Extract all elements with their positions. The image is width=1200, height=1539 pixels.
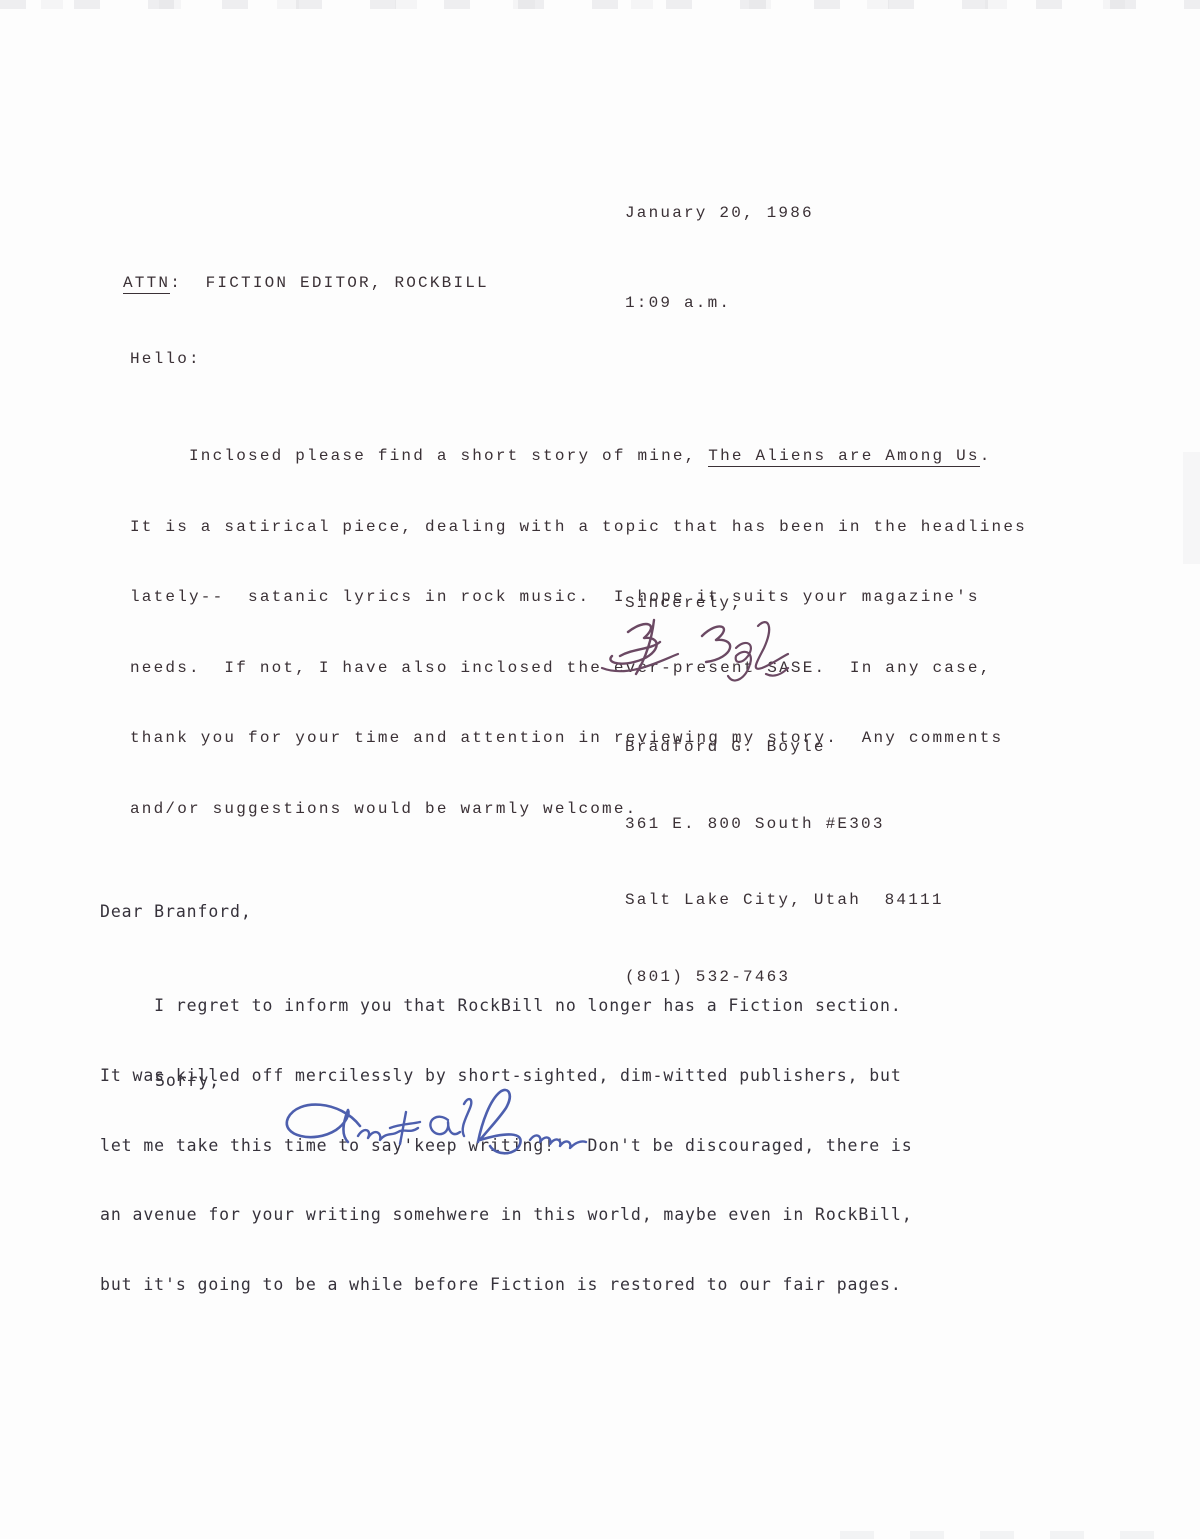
sender-city: Salt Lake City, Utah 84111	[625, 888, 944, 914]
reply-closing-sorry: Sorry,	[155, 1069, 220, 1092]
sender-name: Bradford G. Boyle	[625, 735, 944, 761]
time-line: 1:09 a.m.	[625, 288, 814, 318]
reply-line: but it's going to be a while before Fict…	[100, 1273, 913, 1296]
attn-label: ATTN	[123, 274, 170, 294]
attn-line: ATTN: FICTION EDITOR, ROCKBILL	[123, 272, 489, 296]
scan-edge-artifact-top	[0, 0, 1200, 9]
attn-value: : FICTION EDITOR, ROCKBILL	[170, 274, 489, 292]
body-line-text: .	[980, 447, 992, 465]
body-line: It is a satirical piece, dealing with a …	[130, 516, 1027, 540]
date-block: January 20, 1986 1:09 a.m.	[625, 138, 814, 378]
reply-line: I regret to inform you that RockBill no …	[100, 994, 913, 1017]
date-line: January 20, 1986	[625, 198, 814, 228]
body-line: needs. If not, I have also inclosed the …	[130, 657, 1027, 681]
body-line-text: Inclosed please find a short story of mi…	[130, 447, 708, 465]
scan-edge-artifact-bottom	[840, 1531, 1180, 1539]
story-title-underlined: The Aliens are Among Us	[708, 447, 979, 467]
reply-line: It was killed off mercilessly by short-s…	[100, 1064, 913, 1087]
reply-salutation: Dear Branford,	[100, 900, 252, 923]
body-line: Inclosed please find a short story of mi…	[130, 445, 1027, 469]
reply-line: an avenue for your writing somehwere in …	[100, 1203, 913, 1226]
salutation-hello: Hello:	[130, 348, 201, 372]
body-line: lately-- satanic lyrics in rock music. I…	[130, 586, 1027, 610]
boyle-handwritten-signature	[598, 612, 798, 690]
sender-street: 361 E. 800 South #E303	[625, 812, 944, 838]
scan-edge-artifact-right	[1183, 452, 1200, 564]
obrian-handwritten-signature	[268, 1086, 598, 1181]
scanned-letter-page: January 20, 1986 1:09 a.m. ATTN: FICTION…	[0, 0, 1200, 1539]
